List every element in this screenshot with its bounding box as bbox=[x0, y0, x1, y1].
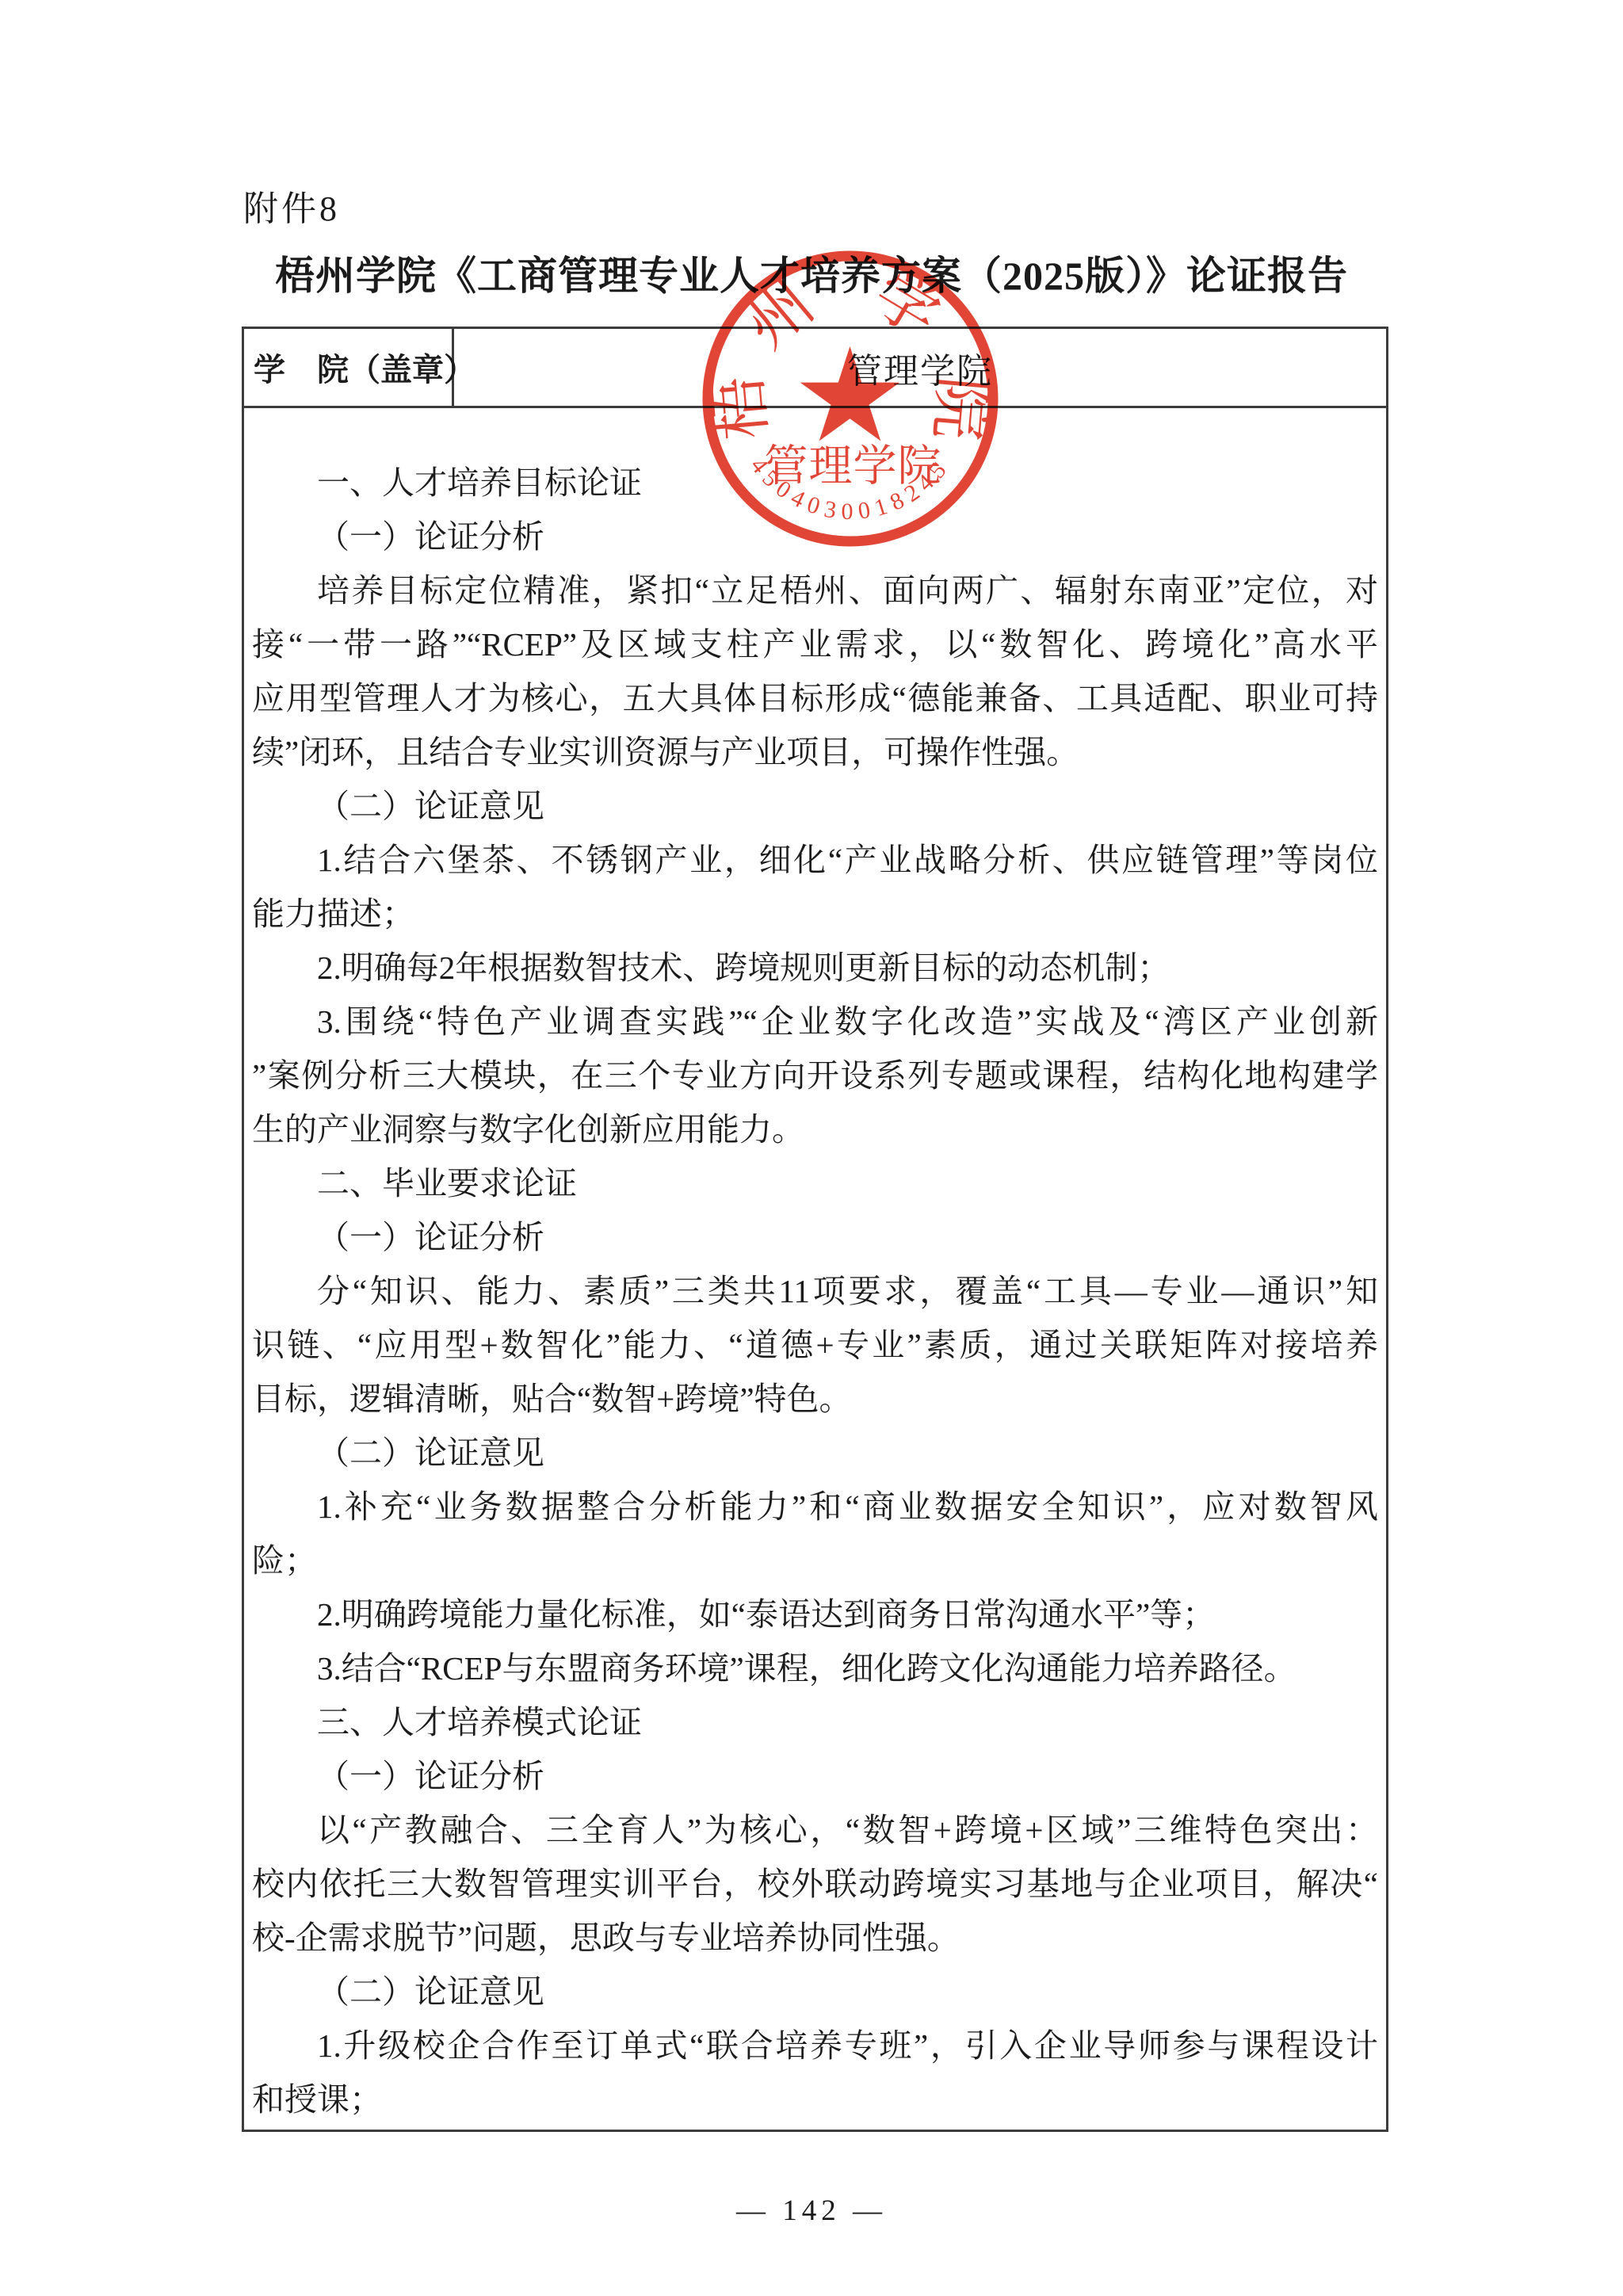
body-line: 校内依托三大数智管理实训平台，校外联动跨境实习基地与企业项目，解决“ bbox=[252, 1857, 1378, 1911]
page-number: — 142 — bbox=[0, 2194, 1623, 2228]
body-line: 培养目标定位精准，紧扣“立足梧州、面向两广、辐射东南亚”定位，对 bbox=[252, 563, 1378, 617]
page-title: 梧州学院《工商管理专业人才培养方案（2025版）》论证报告 bbox=[0, 252, 1623, 300]
body-line: 一、人才培养目标论证 bbox=[252, 456, 1378, 510]
body-line: 1.补充“业务数据整合分析能力”和“商业数据安全知识”，应对数智风 bbox=[252, 1480, 1378, 1534]
body-line: 目标，逻辑清晰，贴合“数智+跨境”特色。 bbox=[252, 1372, 1378, 1426]
body-line: ”案例分析三大模块，在三个专业方向开设系列专题或课程，结构化地构建学 bbox=[252, 1049, 1378, 1102]
body-line: （二）论证意见 bbox=[252, 1426, 1378, 1480]
report-table: 学 院（盖章） 管理学院 一、人才培养目标论证 （一）论证分析 培养目标定位精准… bbox=[242, 327, 1388, 2132]
body-line: （二）论证意见 bbox=[252, 779, 1378, 833]
body-line: 生的产业洞察与数字化创新应用能力。 bbox=[252, 1102, 1378, 1156]
body-line: 识链、“应用型+数智化”能力、“道德+专业”素质，通过关联矩阵对接培养 bbox=[252, 1318, 1378, 1372]
college-stamp-label: 学 院（盖章） bbox=[244, 329, 454, 406]
table-header-row: 学 院（盖章） 管理学院 bbox=[242, 327, 1388, 408]
report-body-cell: 一、人才培养目标论证 （一）论证分析 培养目标定位精准，紧扣“立足梧州、面向两广… bbox=[242, 408, 1388, 2132]
body-line: 校-企需求脱节”问题，思政与专业培养协同性强。 bbox=[252, 1911, 1378, 1965]
body-line: 2.明确每2年根据数智技术、跨境规则更新目标的动态机制； bbox=[252, 941, 1378, 995]
body-line: 二、毕业要求论证 bbox=[252, 1156, 1378, 1210]
body-line: 以“产教融合、三全育人”为核心，“数智+跨境+区域”三维特色突出： bbox=[252, 1803, 1378, 1857]
attachment-label: 附件8 bbox=[243, 189, 340, 231]
body-line: （二）论证意见 bbox=[252, 1965, 1378, 2019]
body-line: 应用型管理人才为核心，五大具体目标形成“德能兼备、工具适配、职业可持 bbox=[252, 671, 1378, 725]
body-line: 接“一带一路”“RCEP”及区域支柱产业需求，以“数智化、跨境化”高水平 bbox=[252, 617, 1378, 671]
body-line: 三、人才培养模式论证 bbox=[252, 1695, 1378, 1749]
document-page: 附件8 梧州学院《工商管理专业人才培养方案（2025版）》论证报告 学 院（盖章… bbox=[0, 0, 1623, 2296]
body-line: 3.围绕“特色产业调查实践”“企业数字化改造”实战及“湾区产业创新 bbox=[252, 995, 1378, 1049]
body-line: 续”闭环，且结合专业实训资源与产业项目，可操作性强。 bbox=[252, 725, 1378, 779]
body-line: 1.升级校企合作至订单式“联合培养专班”，引入企业导师参与课程设计 bbox=[252, 2019, 1378, 2073]
body-line: 2.明确跨境能力量化标准，如“泰语达到商务日常沟通水平”等； bbox=[252, 1587, 1378, 1641]
body-line: 1.结合六堡茶、不锈钢产业，细化“产业战略分析、供应链管理”等岗位 bbox=[252, 833, 1378, 887]
body-line: （一）论证分析 bbox=[252, 1210, 1378, 1264]
body-line: 险； bbox=[252, 1534, 1378, 1587]
body-line: 3.结合“RCEP与东盟商务环境”课程，细化跨文化沟通能力培养路径。 bbox=[252, 1641, 1378, 1695]
body-line: 能力描述； bbox=[252, 887, 1378, 941]
body-line: （一）论证分析 bbox=[252, 1749, 1378, 1803]
body-line: （一）论证分析 bbox=[252, 510, 1378, 563]
college-name-value: 管理学院 bbox=[454, 329, 1386, 406]
body-line: 分“知识、能力、素质”三类共11项要求，覆盖“工具—专业—通识”知 bbox=[252, 1264, 1378, 1318]
body-line: 和授课； bbox=[252, 2073, 1378, 2126]
